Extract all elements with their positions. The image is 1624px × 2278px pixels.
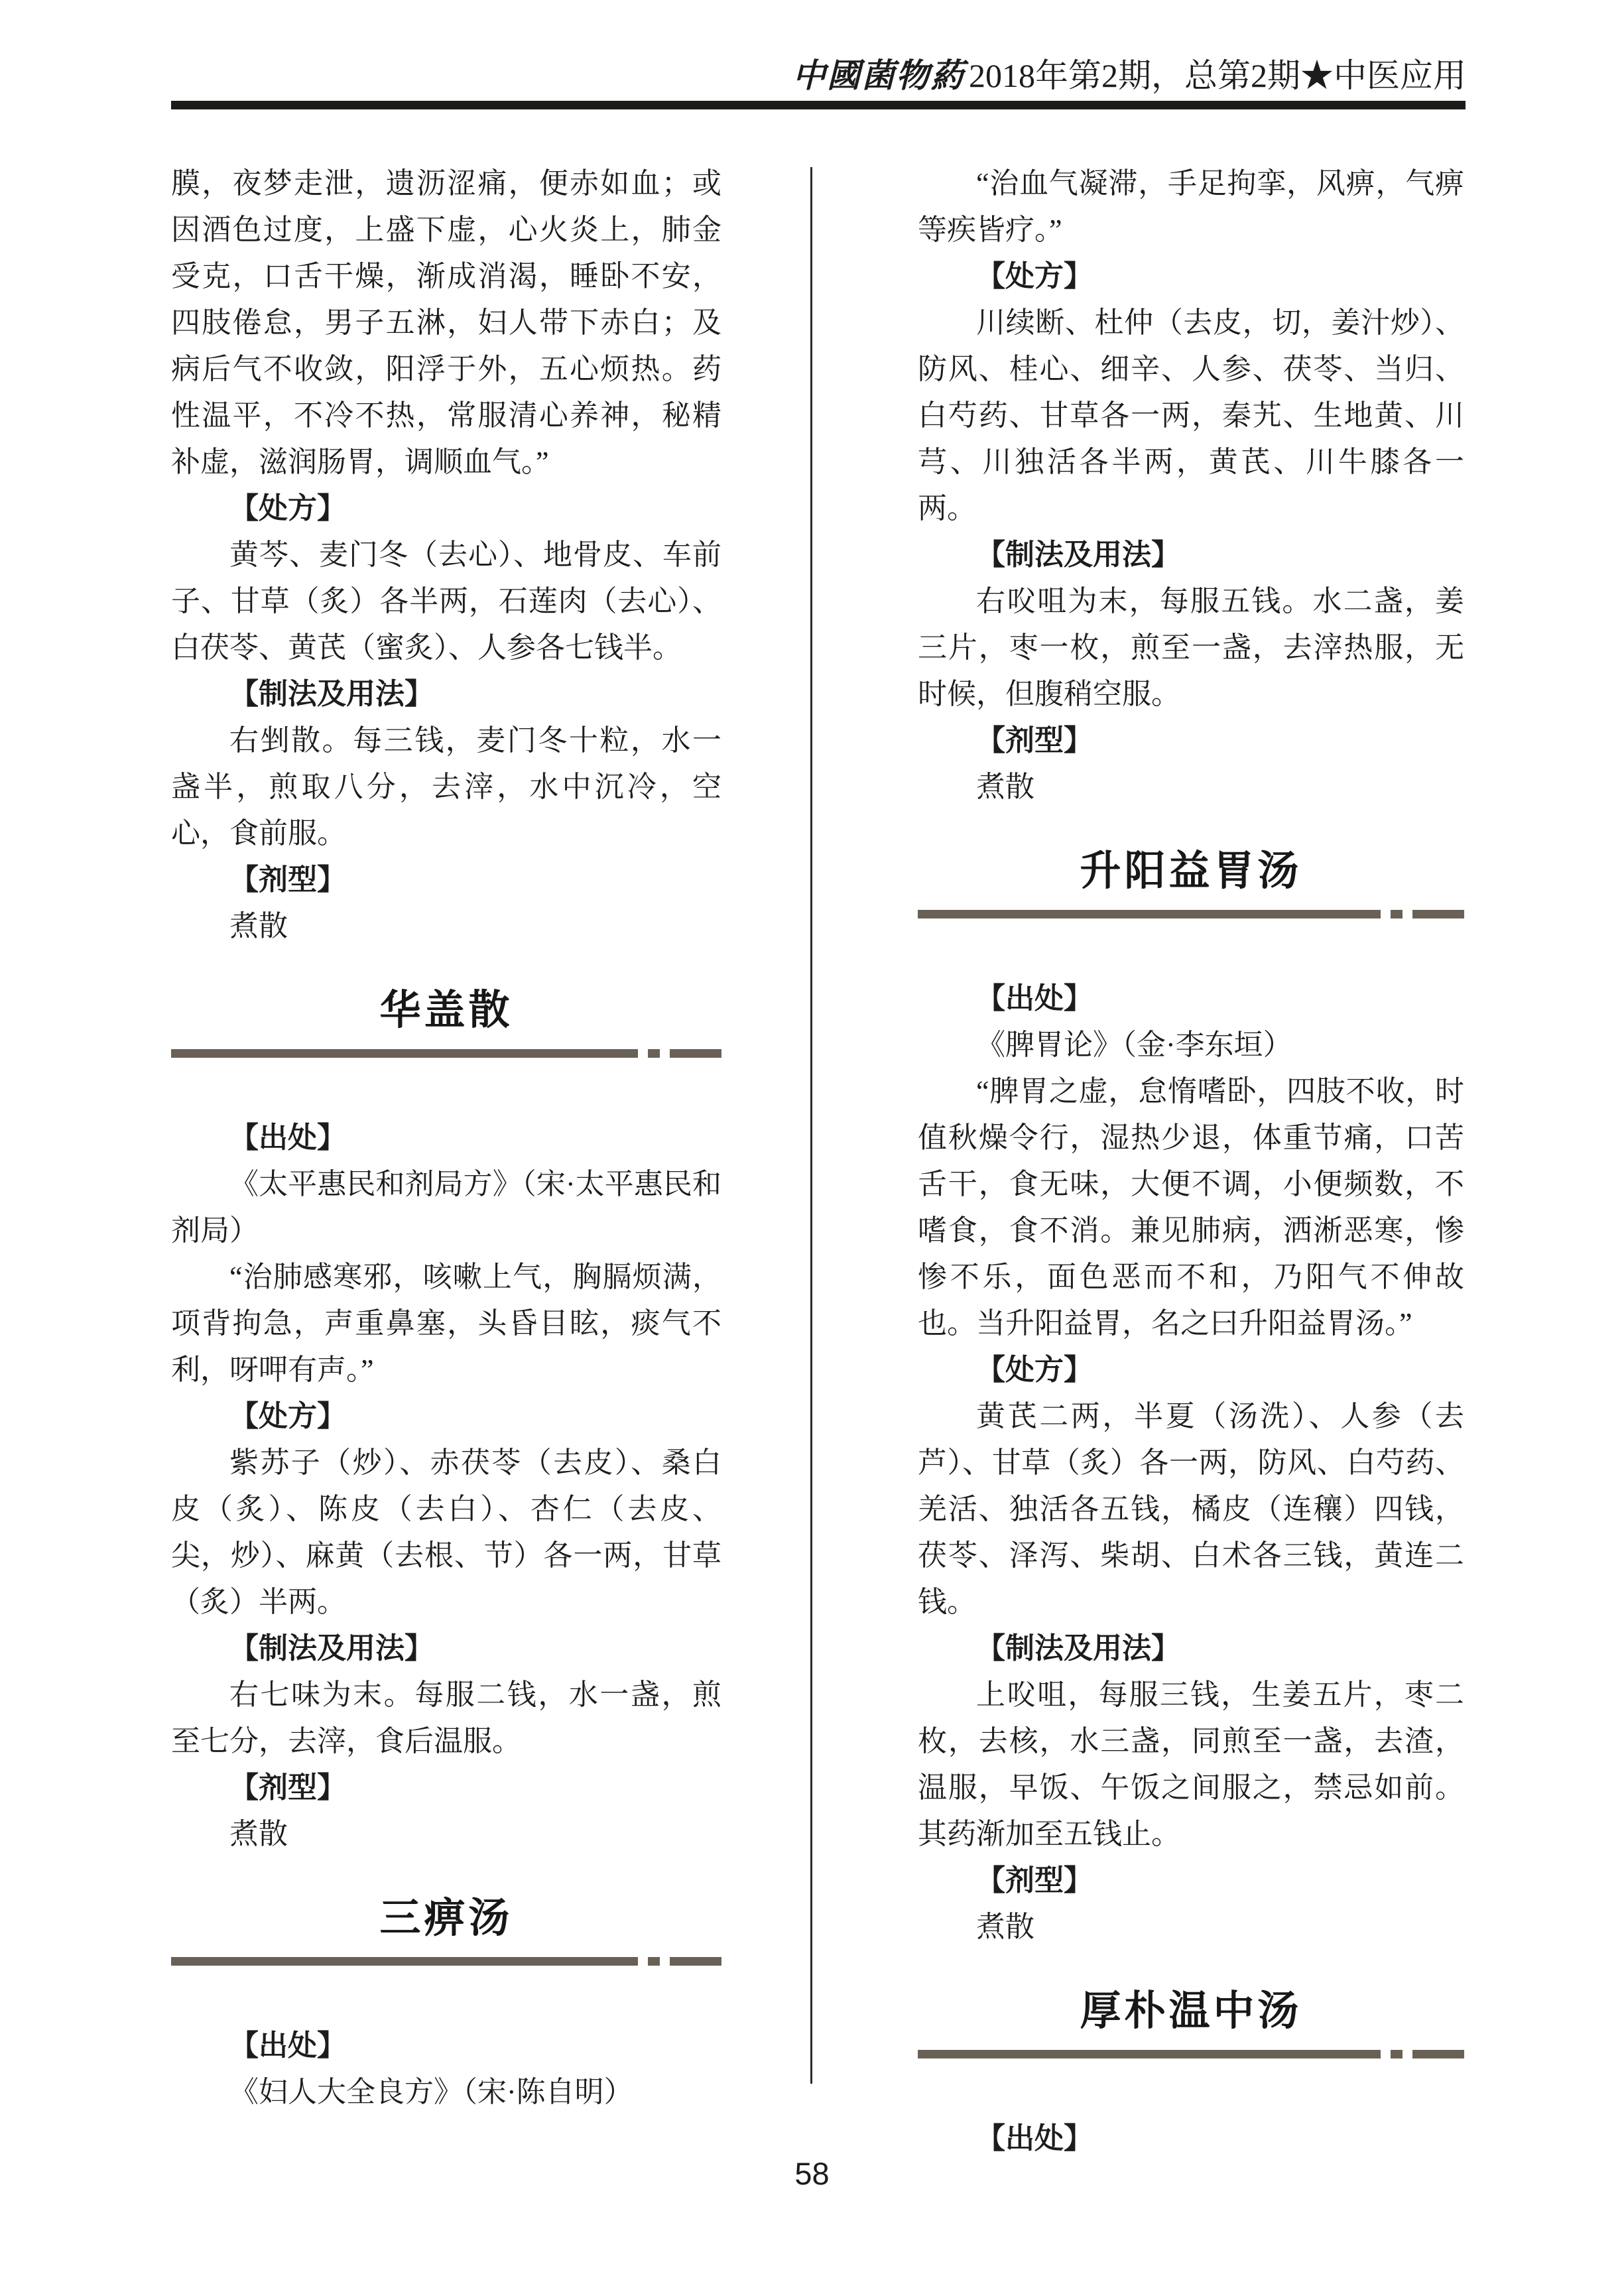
page-number: 58 [0,2155,1624,2192]
formula-title: 三痹汤 [171,1893,721,1944]
paragraph: 上㕮咀，每服三钱，生姜五片，枣二枚，去核，水三盏，同煎至一盏，去渣，温服，早饭、… [918,1672,1464,1858]
paragraph: 《太平惠民和剂局方》（宋·太平惠民和剂局） [171,1161,721,1254]
heading-divider [918,910,1464,918]
section-label: 【制法及用法】 [171,671,721,718]
dosage-form-text: 煮散 [918,1904,1464,1950]
formula-title: 厚朴温中汤 [918,1986,1464,2037]
divider-bar-square [1391,910,1403,918]
divider-bar-long [918,2050,1381,2058]
section-label: 【处方】 [171,1393,721,1440]
paragraph: 《妇人大全良方》（宋·陈自明） [171,2069,721,2116]
journal-issue-info: 2018年第2期，总第2期★中医应用 [969,57,1466,94]
divider-bar-short [1412,910,1464,918]
formula-title: 华盖散 [171,985,721,1036]
section-label: 【剂型】 [171,857,721,903]
header-rule [171,101,1466,109]
divider-bar-square [648,1049,660,1058]
formula-heading: 厚朴温中汤 [918,1986,1464,2058]
section-label: 【出处】 [171,2023,721,2069]
paragraph: 川续断、杜仲（去皮，切，姜汁炒）、防风、桂心、细辛、人参、茯苓、当归、白芍药、甘… [918,300,1464,532]
heading-divider [171,1957,721,1966]
dosage-form-text: 煮散 [171,1811,721,1858]
section-label: 【处方】 [171,485,721,532]
journal-title: 中國菌物葯2018年第2期，总第2期★中医应用 [792,57,1466,94]
paragraph: 膜，夜梦走泄，遗沥涩痛，便赤如血；或因酒色过度，上盛下虚，心火炎上，肺金受克，口… [171,160,721,485]
paragraph: 黄芩、麦门冬（去心）、地骨皮、车前子、甘草（炙）各半两，石莲肉（去心）、白茯苓、… [171,532,721,671]
column-divider [810,167,812,2084]
section-label: 【制法及用法】 [918,1625,1464,1672]
section-label: 【制法及用法】 [918,532,1464,578]
section-label: 【剂型】 [918,718,1464,764]
left-column: 膜，夜梦走泄，遗沥涩痛，便赤如血；或因酒色过度，上盛下虚，心火炎上，肺金受克，口… [171,160,721,2116]
formula-title: 升阳益胃汤 [918,846,1464,897]
paragraph: 右㕮咀为末，每服五钱。水二盏，姜三片，枣一枚，煎至一盏，去滓热服，无时候，但腹稍… [918,578,1464,718]
divider-bar-short [1412,2050,1464,2058]
section-label: 【剂型】 [918,1858,1464,1904]
divider-bar-long [171,1049,638,1058]
divider-bar-short [670,1049,721,1058]
section-label: 【制法及用法】 [171,1625,721,1672]
section-label: 【剂型】 [171,1765,721,1811]
divider-bar-long [918,910,1381,918]
divider-bar-square [648,1957,660,1966]
section-label: 【出处】 [171,1115,721,1161]
paragraph: 《脾胃论》（金·李东垣） [918,1022,1464,1068]
section-label: 【出处】 [918,976,1464,1022]
heading-divider [918,2050,1464,2058]
paragraph: 右七味为末。每服二钱，水一盏，煎至七分，去滓，食后温服。 [171,1672,721,1765]
formula-heading: 升阳益胃汤 [918,846,1464,918]
journal-page: 中國菌物葯2018年第2期，总第2期★中医应用 膜，夜梦走泄，遗沥涩痛，便赤如血… [0,0,1624,2278]
paragraph: “治血气凝滞，手足拘挛，风痹，气痹等疾皆疗。” [918,160,1464,253]
paragraph: 黄芪二两，半夏（汤洗）、人参（去芦）、甘草（炙）各一两，防风、白芍药、羌活、独活… [918,1393,1464,1625]
divider-bar-short [670,1957,721,1966]
section-label: 【处方】 [918,1347,1464,1393]
paragraph: “脾胃之虚，怠惰嗜卧，四肢不收，时值秋燥令行，湿热少退，体重节痛，口苦舌干，食无… [918,1068,1464,1347]
heading-divider [171,1049,721,1058]
section-label: 【处方】 [918,253,1464,300]
dosage-form-text: 煮散 [171,903,721,950]
dosage-form-text: 煮散 [918,764,1464,810]
paragraph: 紫苏子（炒）、赤茯苓（去皮）、桑白皮（炙）、陈皮（去白）、杏仁（去皮、尖，炒）、… [171,1440,721,1625]
formula-heading: 三痹汤 [171,1893,721,1966]
journal-brand: 中國菌物葯 [792,57,965,94]
formula-heading: 华盖散 [171,985,721,1058]
divider-bar-square [1391,2050,1403,2058]
divider-bar-long [171,1957,638,1966]
paragraph: “治肺感寒邪，咳嗽上气，胸膈烦满，项背拘急，声重鼻塞，头昏目眩，痰气不利，呀呷有… [171,1254,721,1393]
right-column: “治血气凝滞，手足拘挛，风痹，气痹等疾皆疗。”【处方】川续断、杜仲（去皮，切，姜… [918,160,1464,2162]
paragraph: 右剉散。每三钱，麦门冬十粒，水一盏半，煎取八分，去滓，水中沉冷，空心，食前服。 [171,718,721,857]
